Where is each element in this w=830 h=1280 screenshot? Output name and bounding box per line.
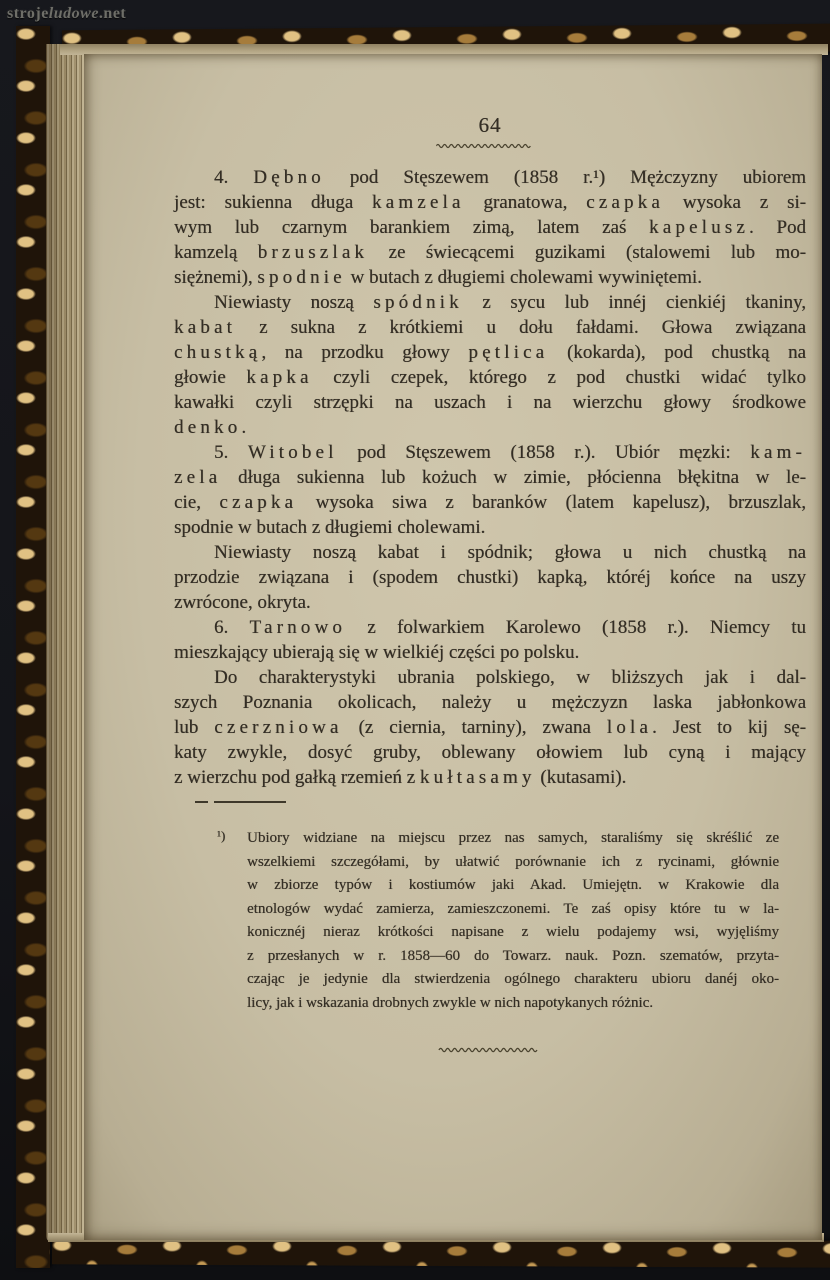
page-number: 64 <box>174 113 806 138</box>
text-line: denko. <box>174 415 806 440</box>
text-line: chustką, na przodku głowy pętlica (kokar… <box>174 340 806 365</box>
watermark-part-stroje: stroje <box>7 5 49 22</box>
footnote-separator <box>195 801 295 803</box>
text-line: konicznéj nieraz krótkości napisane z wi… <box>247 921 779 945</box>
text-line: głowie kapka czyli czepek, którego z pod… <box>174 365 806 390</box>
squiggle-divider-bottom-icon <box>436 1046 542 1054</box>
text-line: kabat z sukna z krótkiemi u dołu fałdami… <box>174 315 806 340</box>
separator-rule <box>214 801 286 803</box>
text-line: etnologów wydać zamierza, zamieszczonemi… <box>247 898 779 922</box>
marbled-cover-left-edge <box>16 26 50 1268</box>
book-page: 64 4. Dębno pod Stęszewem (1858 r.¹) Męż… <box>84 54 822 1240</box>
text-line: wszelkiemi szczegółami, by ułatwić porów… <box>247 851 779 875</box>
footnote-marker: ¹) <box>217 824 225 848</box>
paragraph: 5. Witobel pod Stęszewem (1858 r.). Ubió… <box>174 440 806 540</box>
paragraph: 6. Tarnowo z folwarkiem Karolewo (1858 r… <box>174 615 806 665</box>
text-line: Niewiasty noszą spódnik z sycu lub innéj… <box>174 290 806 315</box>
text-line: licy, jak i wskazania drobnych zwykle w … <box>247 992 779 1016</box>
text-line: zela długa sukienna lub kożuch w zimie, … <box>174 465 806 490</box>
text-line: z przesłanych w r. 1858—60 do Towarz. na… <box>247 945 779 969</box>
text-line: 4. Dębno pod Stęszewem (1858 r.¹) Mężczy… <box>174 165 806 190</box>
text-line: spodnie w butach z długiemi cholewami. <box>174 515 806 540</box>
text-line: mieszkający ubierają się w wielkiéj częś… <box>174 640 806 665</box>
text-line: Ubiory widziane na miejscu przez nas sam… <box>247 827 779 851</box>
text-line: siężnemi), spodnie w butach z długiemi c… <box>174 265 806 290</box>
text-line: cie, czapka wysoka siwa z baranków (late… <box>174 490 806 515</box>
text-line: jest: sukienna długa kamzela granatowa, … <box>174 190 806 215</box>
footnote: ¹) Ubiory widziane na miejscu przez nas … <box>217 827 779 1015</box>
text-line: kamzelą brzuszlak ze świecącemi guzikami… <box>174 240 806 265</box>
paragraph: Do charakterystyki ubrania polskiego, w … <box>174 665 806 790</box>
text-line: szych Poznania okolicach, należy u mężcz… <box>174 690 806 715</box>
page-content: 64 4. Dębno pod Stęszewem (1858 r.¹) Męż… <box>174 54 806 1240</box>
watermark-part-ludowe: ludowe <box>49 5 99 22</box>
text-line: czając je jedynie dla stwierdzenia ogóln… <box>247 968 779 992</box>
text-line: z wierzchu pod gałką rzemień z kułtasamy… <box>174 765 806 790</box>
text-line: w zbiorze typów i kostiumów jaki Akad. U… <box>247 874 779 898</box>
paragraph: Ubiory widziane na miejscu przez nas sam… <box>247 827 779 1015</box>
text-line: lub czerzniowa (z ciernia, tarniny), zwa… <box>174 715 806 740</box>
squiggle-divider-top-icon <box>436 142 532 150</box>
main-text: 4. Dębno pod Stęszewem (1858 r.¹) Mężczy… <box>174 165 806 790</box>
paragraph: Niewiasty noszą kabat i spódnik; głowa u… <box>174 540 806 615</box>
paragraph: Niewiasty noszą spódnik z sycu lub innéj… <box>174 290 806 440</box>
site-watermark: strojeludowe.net <box>7 5 126 23</box>
separator-dash <box>195 801 208 803</box>
page-stack-left-edge <box>46 44 88 1242</box>
scanned-book-photo: strojeludowe.net 64 4. Dębno pod Stęszew… <box>0 0 830 1280</box>
text-line: 5. Witobel pod Stęszewem (1858 r.). Ubió… <box>174 440 806 465</box>
text-line: 6. Tarnowo z folwarkiem Karolewo (1858 r… <box>174 615 806 640</box>
text-line: przodzie związana i (spodem chustki) kap… <box>174 565 806 590</box>
text-line: Niewiasty noszą kabat i spódnik; głowa u… <box>174 540 806 565</box>
text-line: wym lub czarnym barankiem zimą, latem za… <box>174 215 806 240</box>
text-line: katy zwykle, dosyć gruby, oblewany ołowi… <box>174 740 806 765</box>
text-line: zwrócone, okryta. <box>174 590 806 615</box>
watermark-part-net: .net <box>99 5 126 22</box>
text-line: Do charakterystyki ubrania polskiego, w … <box>174 665 806 690</box>
text-line: kawałki czyli strzępki na uszach i na wi… <box>174 390 806 415</box>
paragraph: 4. Dębno pod Stęszewem (1858 r.¹) Mężczy… <box>174 165 806 290</box>
footnote-text: Ubiory widziane na miejscu przez nas sam… <box>247 827 779 1015</box>
